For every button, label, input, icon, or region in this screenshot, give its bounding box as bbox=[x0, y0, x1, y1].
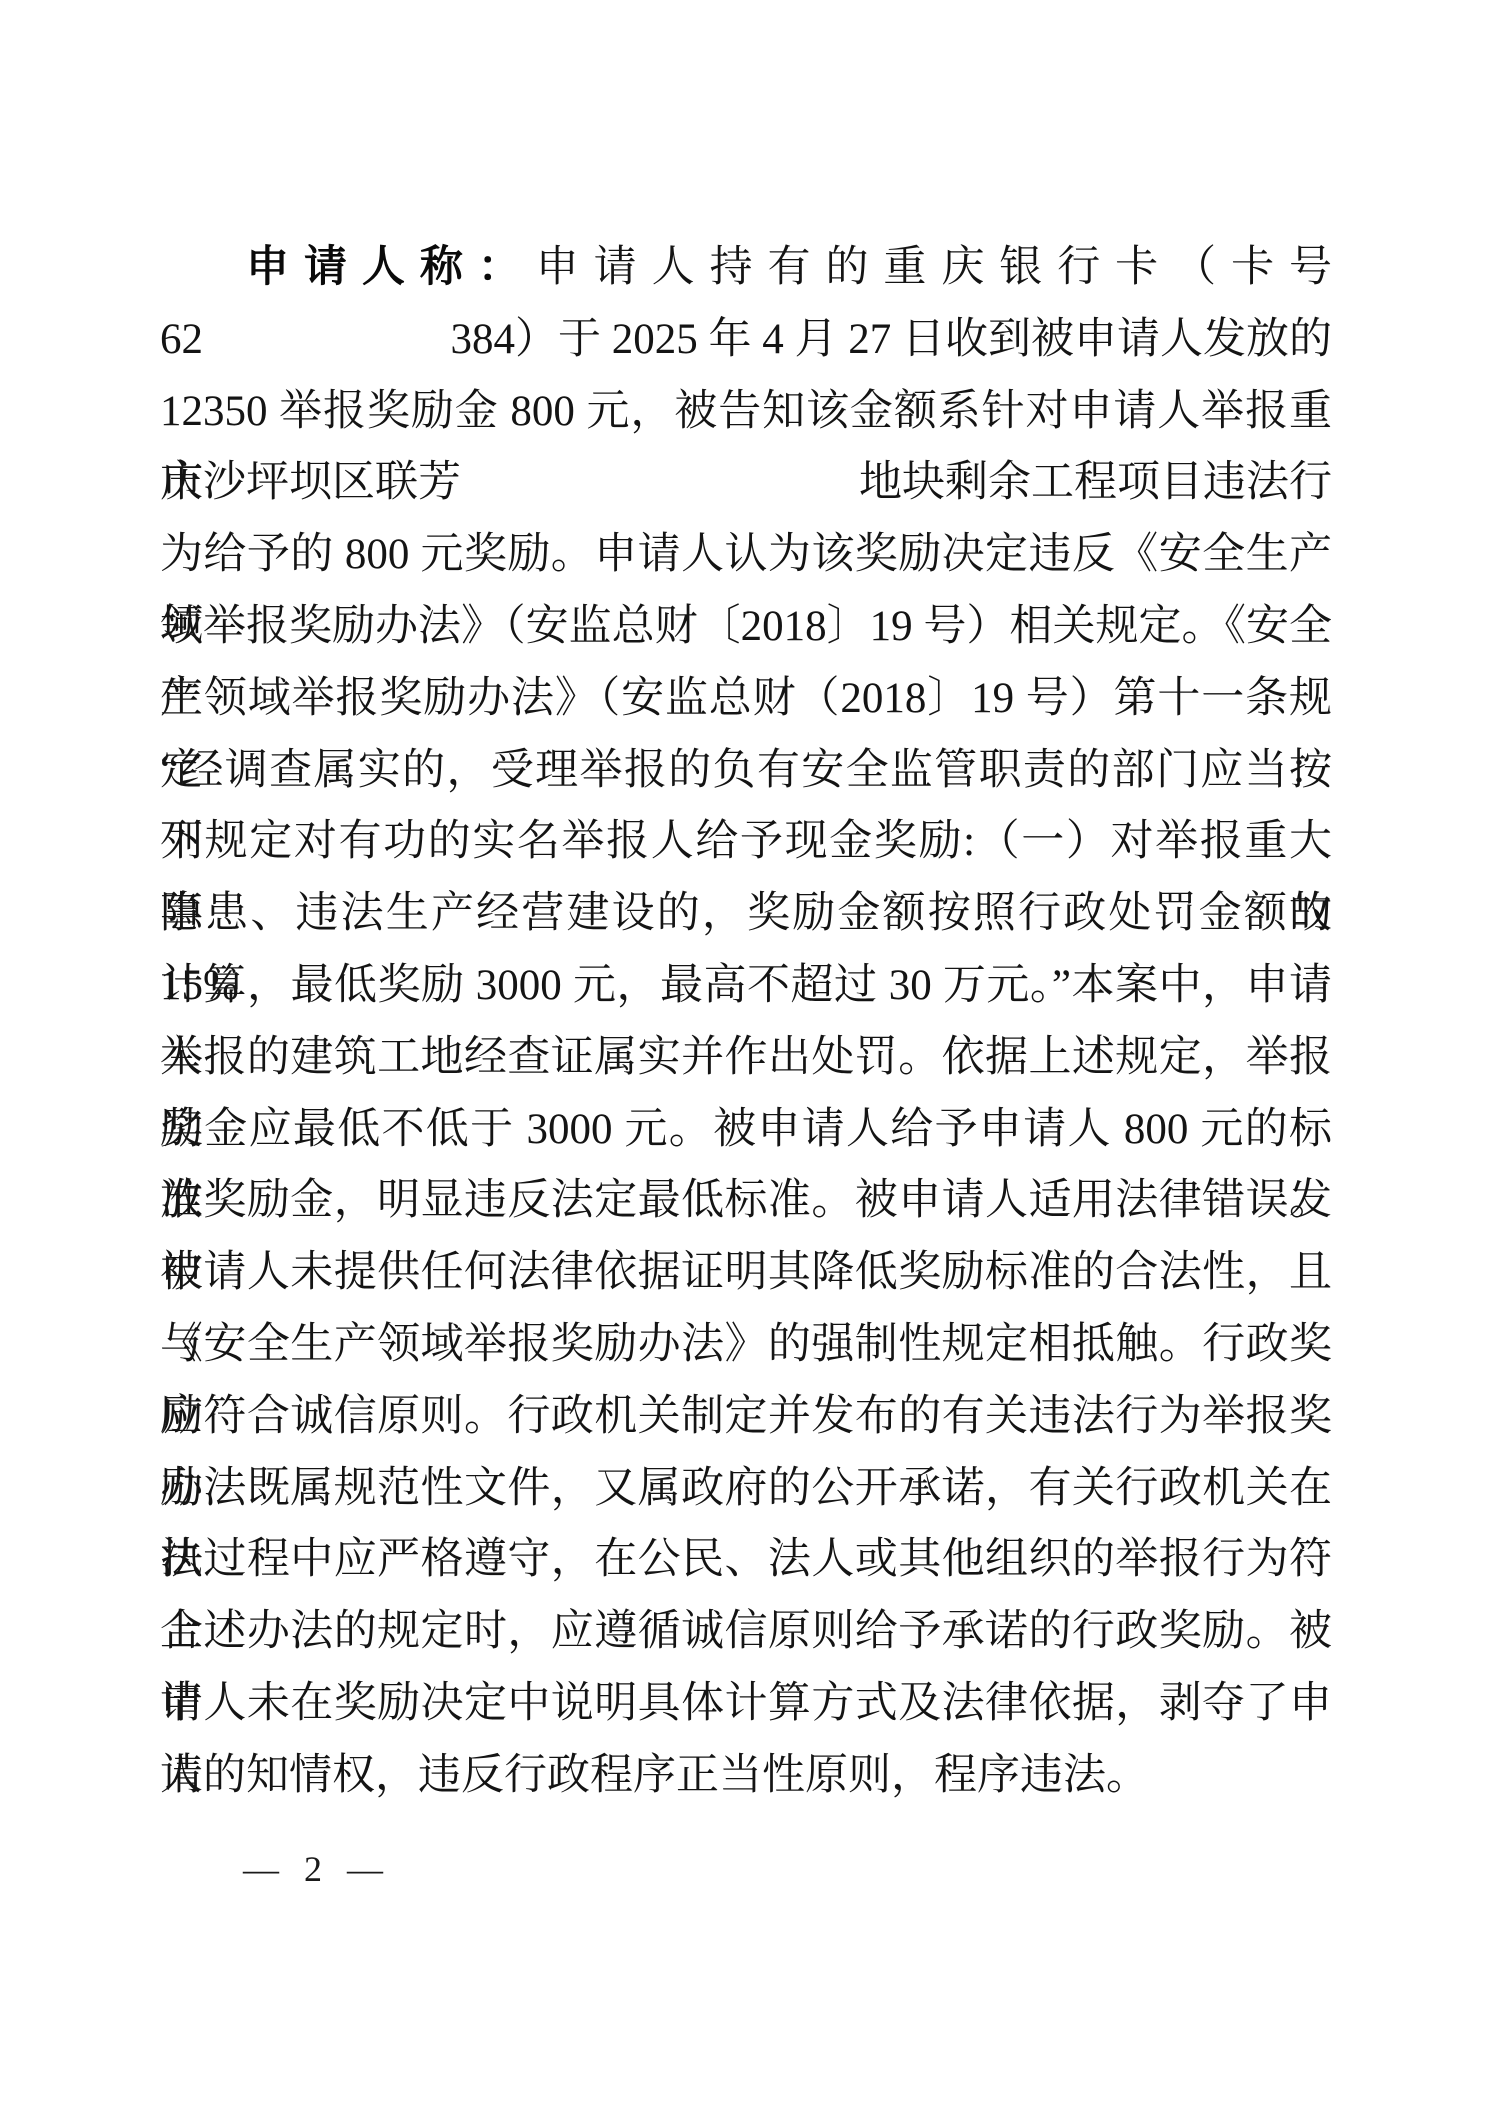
document-body: 申请人称：申请人持有的重庆银行卡（卡号62384）于 2025 年 4 月 27… bbox=[160, 232, 1332, 1812]
text-line: 办法既属规范性文件，又属政府的公开承诺，有关行政机关在执 bbox=[160, 1453, 1332, 1525]
text-line: 法过程中应严格遵守，在公民、法人或其他组织的举报行为符合 bbox=[160, 1524, 1332, 1596]
text-line: 申请人未提供任何法律依据证明其降低奖励标准的合法性，且与 bbox=[160, 1237, 1332, 1309]
text-line: 计算，最低奖励 3000 元，最高不超过 30 万元。”本案中，申请人 bbox=[160, 950, 1332, 1022]
text-line: 放奖励金，明显违反法定最低标准。被申请人适用法律错误。被 bbox=[160, 1165, 1332, 1237]
text-line: “经调查属实的，受理举报的负有安全监管职责的部门应当按下 bbox=[160, 735, 1332, 807]
text-line: 隐患、违法生产经营建设的，奖励金额按照行政处罚金额的 15% bbox=[160, 878, 1332, 950]
text-line: 应符合诚信原则。行政机关制定并发布的有关违法行为举报奖励 bbox=[160, 1381, 1332, 1453]
text-line: 《安全生产领域举报奖励办法》的强制性规定相抵触。行政奖励 bbox=[160, 1309, 1332, 1381]
line-text-right: 地块剩余工程项目违法行 bbox=[859, 447, 1332, 519]
line-text-right: 384）于 2025 年 4 月 27 日收到被申请人发放的 bbox=[451, 304, 1333, 376]
text-line: 列规定对有功的实名举报人给予现金奖励:（一）对举报重大事故 bbox=[160, 806, 1332, 878]
line-text: 申请人持有的重庆银行卡（卡号 bbox=[536, 244, 1332, 291]
text-line: 62384）于 2025 年 4 月 27 日收到被申请人发放的 bbox=[160, 304, 1332, 376]
text-line: 为给予的 800 元奖励。申请人认为该奖励决定违反《安全生产领 bbox=[160, 519, 1332, 591]
text-line: 产领域举报奖励办法》（安监总财（2018〕19 号）第十一条规定： bbox=[160, 663, 1332, 735]
text-line: 申请人称：申请人持有的重庆银行卡（卡号 bbox=[160, 232, 1332, 304]
scanned-document-page: 申请人称：申请人持有的重庆银行卡（卡号62384）于 2025 年 4 月 27… bbox=[0, 0, 1487, 2105]
text-line: 举报的建筑工地经查证属实并作出处罚。依据上述规定，举报奖 bbox=[160, 1022, 1332, 1094]
line-text-left: 62 bbox=[160, 304, 203, 376]
page-number: — 2 — bbox=[243, 1844, 391, 1894]
paragraph-label: 申请人称： bbox=[246, 243, 536, 291]
text-line: 12350 举报奖励金 800 元，被告知该金额系针对申请人举报重庆 bbox=[160, 376, 1332, 448]
text-line: 域举报奖励办法》（安监总财〔2018〕19 号）相关规定。《安全生 bbox=[160, 591, 1332, 663]
text-line: 上述办法的规定时，应遵循诚信原则给予承诺的行政奖励。被申 bbox=[160, 1596, 1332, 1668]
text-line: 励金应最低不低于 3000 元。被申请人给予申请人 800 元的标准发 bbox=[160, 1094, 1332, 1166]
text-line: 请人未在奖励决定中说明具体计算方式及法律依据，剥夺了申请 bbox=[160, 1668, 1332, 1740]
line-text-left: 市沙坪坝区联芳 bbox=[160, 447, 461, 519]
text-line: 市沙坪坝区联芳地块剩余工程项目违法行 bbox=[160, 447, 1332, 519]
text-line: 人的知情权，违反行政程序正当性原则，程序违法。 bbox=[160, 1740, 1332, 1812]
